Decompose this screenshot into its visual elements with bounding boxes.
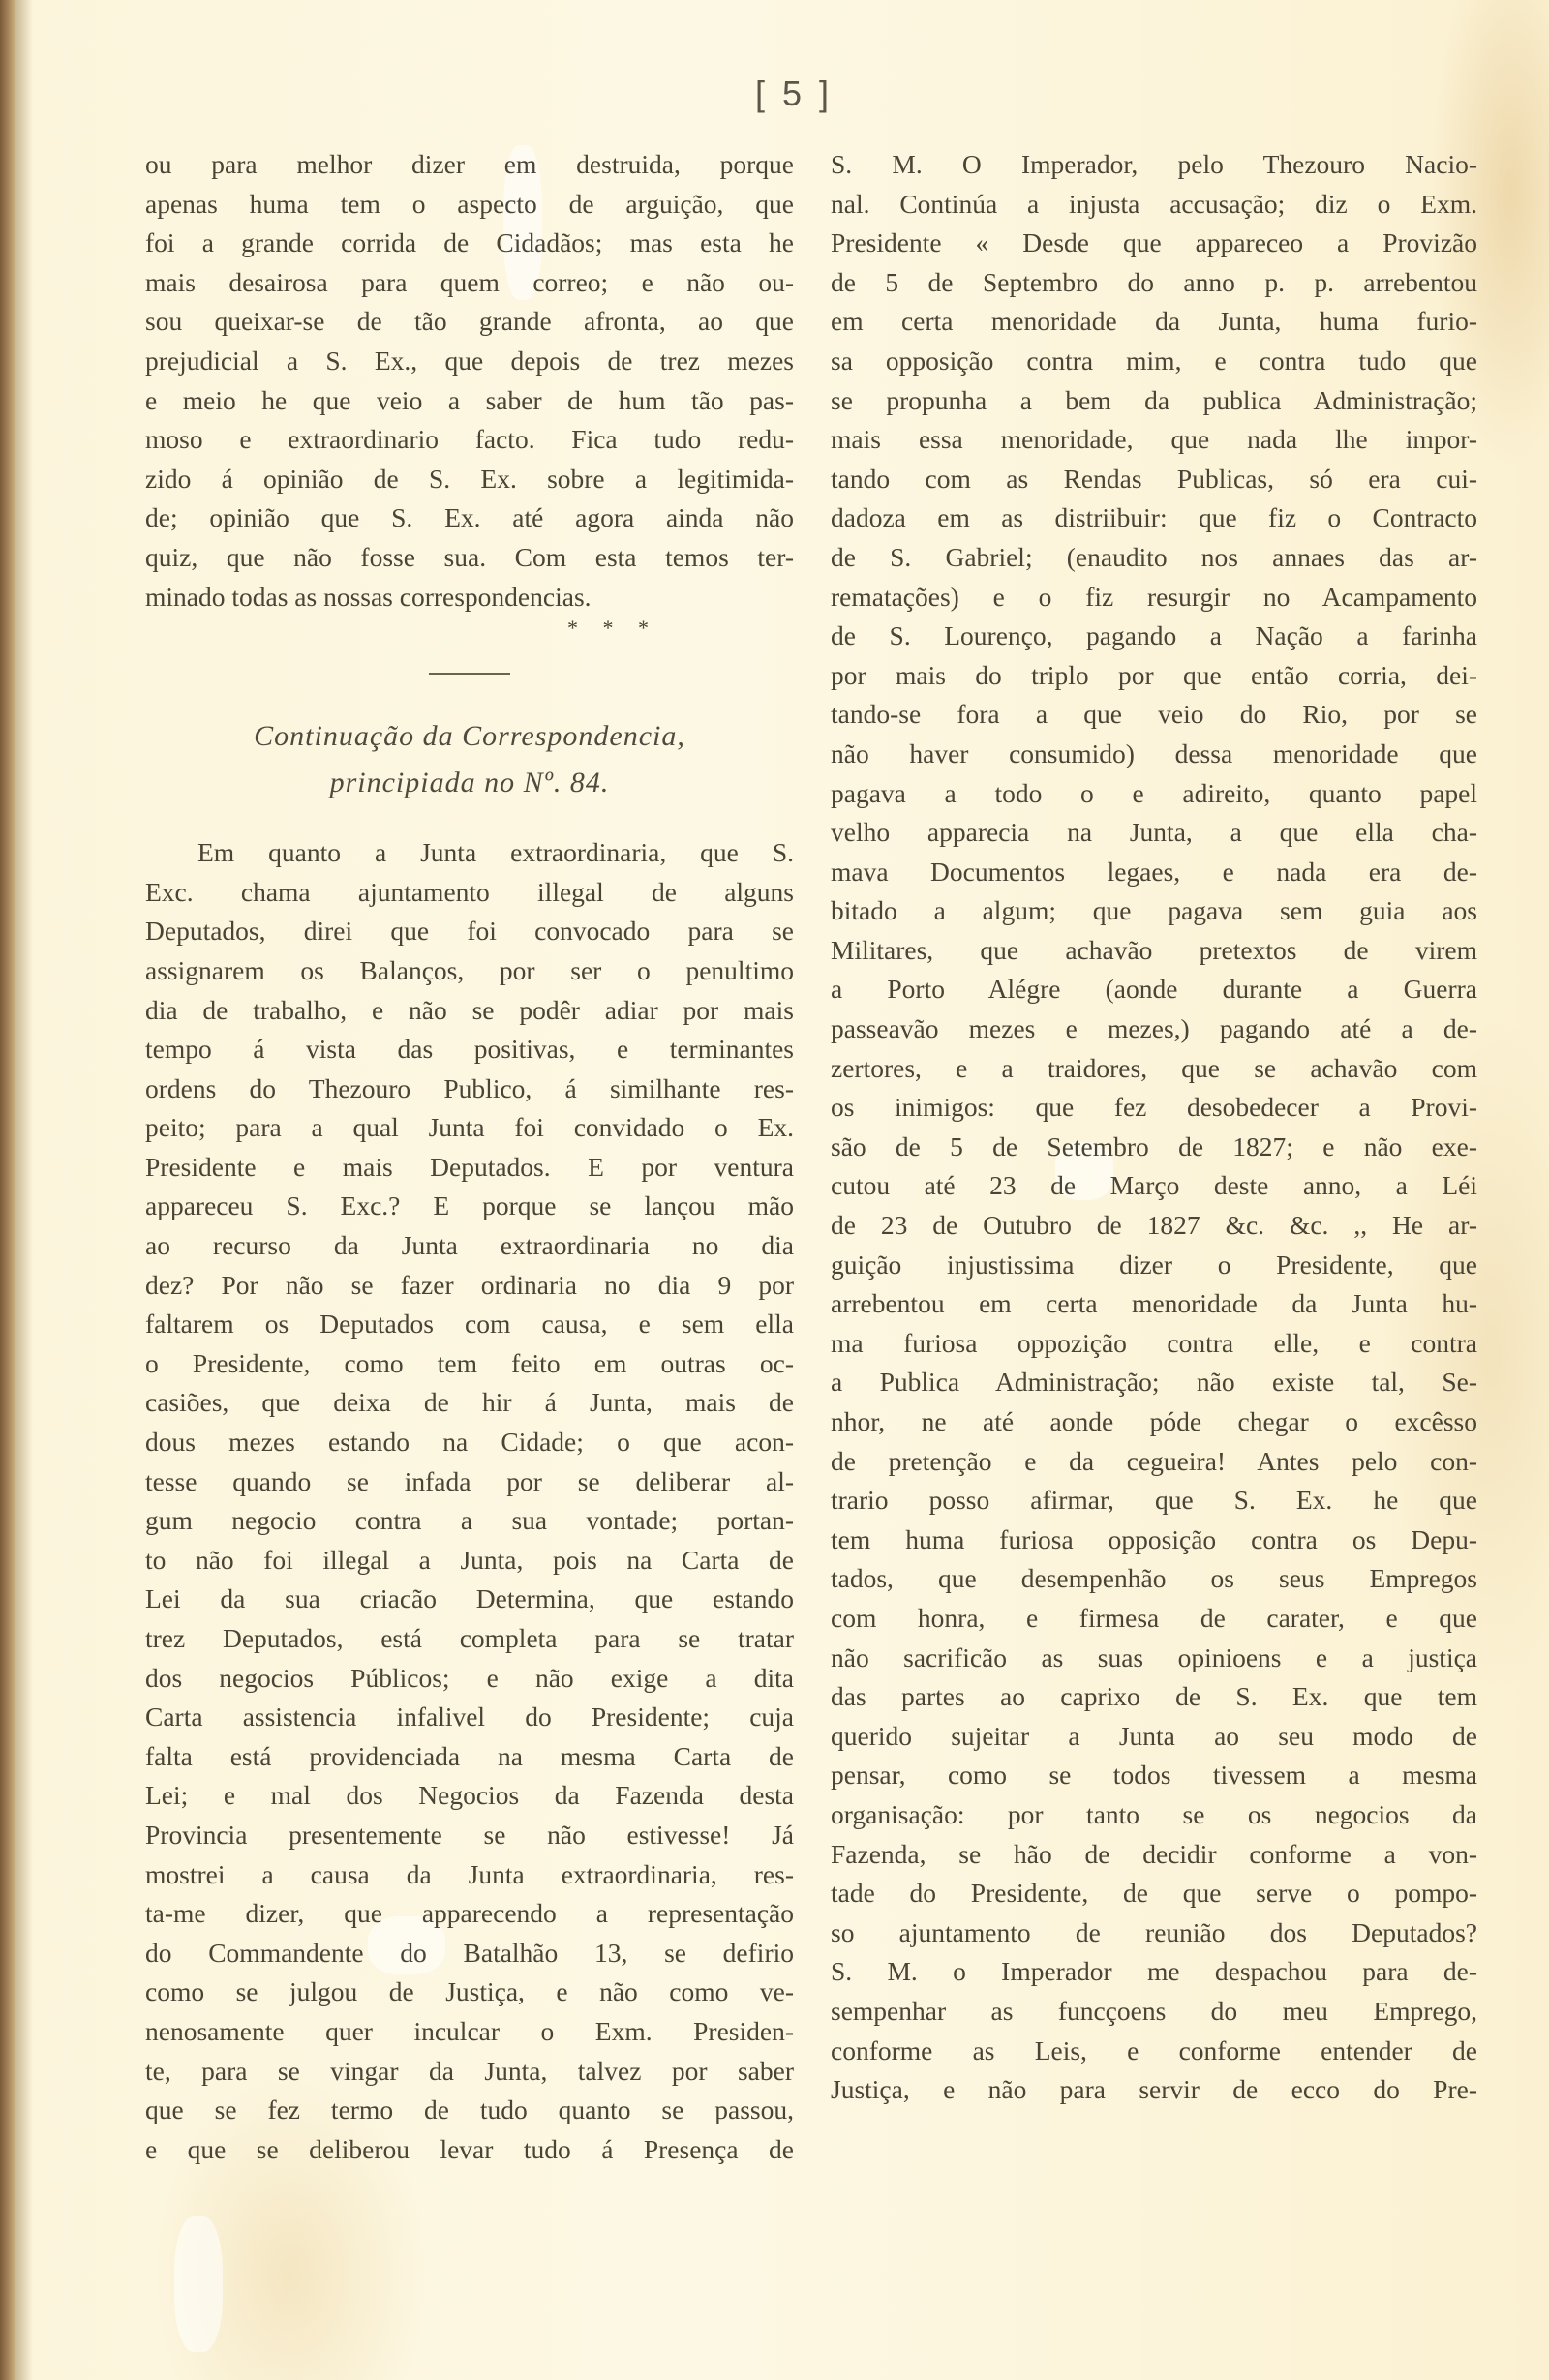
text-line: pensar, como se todos tivessem a mesma — [831, 1756, 1477, 1795]
text-line: falta está providenciada na mesma Carta … — [145, 1737, 794, 1777]
text-line: trez Deputados, está completa para se tr… — [145, 1619, 794, 1659]
text-line: se propunha a bem da publica Administraç… — [831, 381, 1477, 421]
text-line: velho apparecia na Junta, a que ella cha… — [831, 813, 1477, 853]
text-line: Militares, que achavão pretextos de vire… — [831, 931, 1477, 971]
text-line: Lei da sua criacão Determina, que estand… — [145, 1580, 794, 1619]
text-line: os inimigos: que fez desobedecer a Provi… — [831, 1088, 1477, 1128]
text-line: Fazenda, se hão de decidir conforme a vo… — [831, 1835, 1477, 1875]
text-line: não sacrificão as suas opinioens e a jus… — [831, 1639, 1477, 1678]
text-line: dos negocios Públicos; e não exige a dit… — [145, 1659, 794, 1699]
text-line: prejudicial a S. Ex., que depois de trez… — [145, 342, 794, 381]
text-line: ta-me dizer, que apparecendo a represent… — [145, 1894, 794, 1934]
signature-asterisks: * * * — [145, 617, 794, 640]
text-line: em certa menoridade da Junta, huma furio… — [831, 302, 1477, 342]
text-line: mava Documentos legaes, e nada era de- — [831, 853, 1477, 892]
text-line: como se julgou de Justiça, e não como ve… — [145, 1973, 794, 2012]
text-line: mostrei a causa da Junta extraordinaria,… — [145, 1855, 794, 1895]
text-line: arrebentou em certa menoridade da Junta … — [831, 1284, 1477, 1324]
text-line: de pretenção e da cegueira! Antes pelo c… — [831, 1442, 1477, 1482]
text-line: Presidente e mais Deputados. E por ventu… — [145, 1148, 794, 1188]
text-line: assignarem os Balanços, por ser o penult… — [145, 951, 794, 991]
text-line: nhor, ne até aonde póde chegar o excêsso — [831, 1402, 1477, 1442]
text-line: nenosamente quer inculcar o Exm. Preside… — [145, 2012, 794, 2052]
paragraph-2: Em quanto a Junta extraordinaria, que S.… — [145, 833, 794, 2169]
text-line: gum negocio contra a sua vontade; portan… — [145, 1501, 794, 1541]
text-line: dez? Por não se fazer ordinaria no dia 9… — [145, 1266, 794, 1306]
text-line: Presidente « Desde que appareceo a Provi… — [831, 224, 1477, 263]
text-line: ma furiosa oppozição contra elle, e cont… — [831, 1324, 1477, 1364]
text-line: foi a grande corrida de Cidadãos; mas es… — [145, 224, 794, 263]
text-line: não haver consumido) dessa menoridade qu… — [831, 735, 1477, 774]
text-line: a Publica Administração; não existe tal,… — [831, 1363, 1477, 1402]
paragraph-1: ou para melhor dizer em destruida, porqu… — [145, 145, 794, 617]
text-line: dia de trabalho, e não se podêr adiar po… — [145, 991, 794, 1031]
text-line: sempenhar as funcçoens do meu Emprego, — [831, 1992, 1477, 2032]
text-line: mais essa menoridade, que nada lhe impor… — [831, 420, 1477, 460]
text-line: tando-se fora a que veio do Rio, por se — [831, 695, 1477, 735]
text-line: dous mezes estando na Cidade; o que acon… — [145, 1423, 794, 1462]
text-line: ou para melhor dizer em destruida, porqu… — [145, 145, 794, 185]
text-line: Justiça, e não para servir de ecco do Pr… — [831, 2070, 1477, 2110]
spacer — [145, 806, 794, 833]
book-spine-edge — [0, 0, 15, 2380]
text-line: mais desairosa para quem correo; e não o… — [145, 263, 794, 303]
text-line: tando com as Rendas Publicas, só era cui… — [831, 460, 1477, 499]
text-line: rematações) e o fiz resurgir no Acampame… — [831, 578, 1477, 618]
text-line: peito; para a qual Junta foi convidado o… — [145, 1108, 794, 1148]
text-line: conforme as Leis, e conforme entender de — [831, 2032, 1477, 2071]
text-line: querido sujeitar a Junta ao seu modo de — [831, 1717, 1477, 1757]
text-line: que se fez termo de tudo quanto se passo… — [145, 2091, 794, 2130]
text-line: tem huma furiosa opposição contra os Dep… — [831, 1521, 1477, 1560]
text-line: moso e extraordinario facto. Fica tudo r… — [145, 420, 794, 460]
text-line: faltarem os Deputados com causa, e sem e… — [145, 1305, 794, 1344]
text-line: S. M. o Imperador me despachou para de- — [831, 1952, 1477, 1992]
section-divider — [429, 673, 510, 675]
text-line: de S. Gabriel; (enaudito nos annaes das … — [831, 538, 1477, 578]
text-line: de 5 de Septembro do anno p. p. arrebent… — [831, 263, 1477, 303]
text-line: por mais do triplo por que então corria,… — [831, 656, 1477, 696]
text-line: trario posso afirmar, que S. Ex. he que — [831, 1481, 1477, 1521]
text-line: ordens do Thezouro Publico, á similhante… — [145, 1069, 794, 1109]
text-line: te, para se vingar da Junta, talvez por … — [145, 2052, 794, 2092]
text-line: cutou até 23 de Março deste anno, a Léi — [831, 1166, 1477, 1206]
text-line: nal. Continúa a injusta accusação; diz o… — [831, 185, 1477, 225]
text-line: ao recurso da Junta extraordinaria no di… — [145, 1226, 794, 1266]
text-line: e que se deliberou levar tudo á Presença… — [145, 2130, 794, 2170]
text-line: minado todas as nossas correspondencias. — [145, 578, 794, 618]
text-line: de; opinião que S. Ex. até agora ainda n… — [145, 498, 794, 538]
text-line: zertores, e a traidores, que se achavão … — [831, 1049, 1477, 1089]
left-column: ou para melhor dizer em destruida, porqu… — [145, 145, 794, 2169]
text-line: tade do Presidente, de que serve o pompo… — [831, 1874, 1477, 1913]
text-line: tesse quando se infada por se deliberar … — [145, 1462, 794, 1502]
text-line: do Commandente do Batalhão 13, se defiri… — [145, 1934, 794, 1973]
text-line: Provincia presentemente se não estivesse… — [145, 1816, 794, 1855]
text-line: o Presidente, como tem feito em outras o… — [145, 1344, 794, 1384]
text-line: com honra, e firmesa de carater, e que — [831, 1599, 1477, 1639]
section-heading: Continuação da Correspondencia, — [145, 713, 794, 760]
text-line: das partes ao caprixo de S. Ex. que tem — [831, 1677, 1477, 1717]
text-line: apenas huma tem o aspecto de arguição, q… — [145, 185, 794, 225]
text-line: pagava a todo o e adireito, quanto papel — [831, 774, 1477, 814]
text-line: tempo á vista das positivas, e terminant… — [145, 1030, 794, 1069]
text-line: a Porto Alégre (aonde durante a Guerra — [831, 970, 1477, 1009]
text-line: casiões, que deixa de hir á Junta, mais … — [145, 1383, 794, 1423]
text-line: Deputados, direi que foi convocado para … — [145, 912, 794, 951]
spine-shadow — [15, 0, 33, 2380]
text-line: bitado a algum; que pagava sem guia aos — [831, 891, 1477, 931]
text-line: sou queixar-se de tão grande afronta, ao… — [145, 302, 794, 342]
text-line: de 23 de Outubro de 1827 &c. &c. ,, He a… — [831, 1206, 1477, 1246]
text-line: sa opposição contra mim, e contra tudo q… — [831, 342, 1477, 381]
text-line: tados, que desempenhão os seus Empregos — [831, 1559, 1477, 1599]
text-line: guição injustissima dizer o Presidente, … — [831, 1246, 1477, 1285]
text-line: e meio he que veio a saber de hum tão pa… — [145, 381, 794, 421]
section-heading-subtitle: principiada no Nº. 84. — [145, 760, 794, 806]
text-line: de S. Lourenço, pagando a Nação a farinh… — [831, 617, 1477, 656]
text-line: S. M. O Imperador, pelo Thezouro Nacio- — [831, 145, 1477, 185]
page-number: [ 5 ] — [755, 74, 833, 114]
text-line: Exc. chama ajuntamento illegal de alguns — [145, 873, 794, 913]
text-line: to não foi illegal a Junta, pois na Cart… — [145, 1541, 794, 1581]
text-line: appareceu S. Exc.? E porque se lançou mã… — [145, 1187, 794, 1226]
text-line: dadoza em as distriibuir: que fiz o Cont… — [831, 498, 1477, 538]
text-line: organisação: por tanto se os negocios da — [831, 1795, 1477, 1835]
text-line: Carta assistencia infalivel do President… — [145, 1698, 794, 1737]
text-line: zido á opinião de S. Ex. sobre a legitim… — [145, 460, 794, 499]
text-line: são de 5 de Setembro de 1827; e não exe- — [831, 1128, 1477, 1167]
text-line: quiz, que não fosse sua. Com esta temos … — [145, 538, 794, 578]
text-line: passeavão mezes e mezes,) pagando até a … — [831, 1009, 1477, 1049]
text-line: Em quanto a Junta extraordinaria, que S. — [145, 833, 794, 873]
right-column: S. M. O Imperador, pelo Thezouro Nacio- … — [831, 145, 1477, 2110]
text-line: so ajuntamento de reunião dos Deputados? — [831, 1913, 1477, 1953]
text-line: Lei; e mal dos Negocios da Fazenda desta — [145, 1776, 794, 1816]
